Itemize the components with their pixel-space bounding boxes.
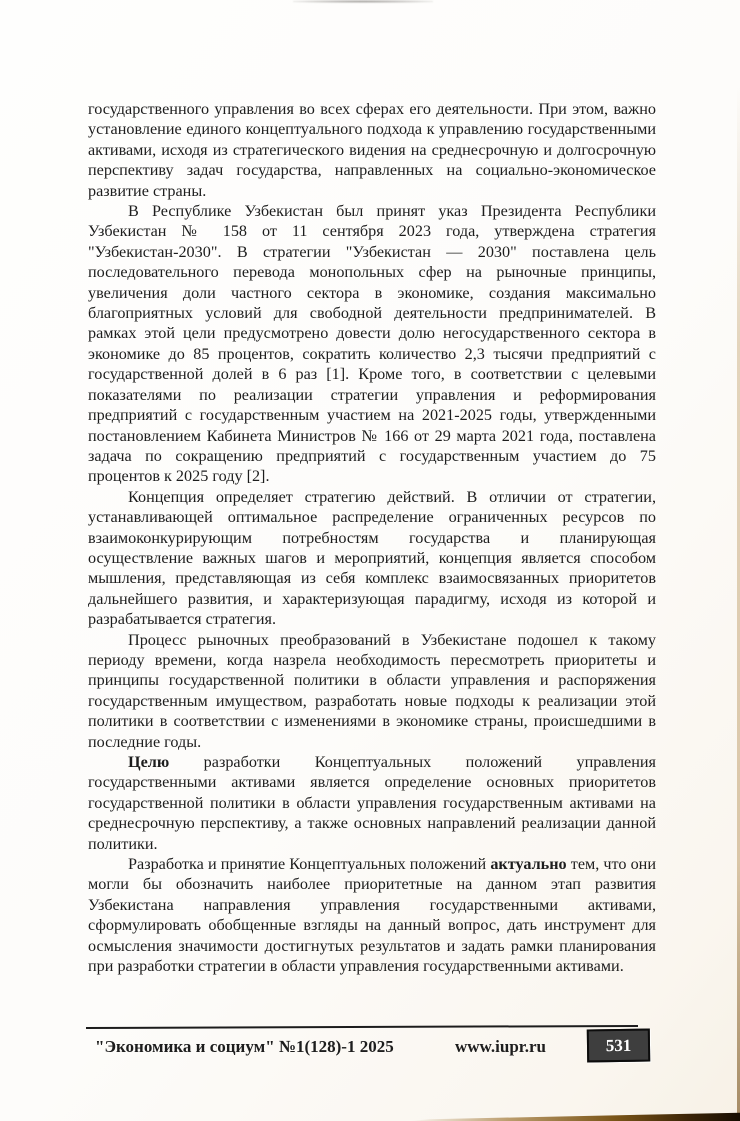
paragraph: Разработка и принятие Концептуальных пол… (88, 854, 656, 976)
text-segment: тем, что они могли бы обозначить наиболе… (88, 855, 656, 975)
scanned-journal-page: государственного управления во всех сфер… (0, 0, 740, 1121)
footer-journal-title: "Экономика и социум" №1(128)-1 2025 (95, 1037, 394, 1057)
page-number-value: 531 (606, 1035, 632, 1055)
text-segment: Процесс рыночных преобразований в Узбеки… (88, 631, 656, 751)
text-segment: государственного управления во всех сфер… (88, 100, 656, 200)
text-segment: Разработка и принятие Концептуальных пол… (128, 855, 490, 873)
scan-top-edge-artifact (293, 0, 433, 3)
scan-bottom-edge-artifact (410, 1112, 740, 1121)
footer-website-url: www.iupr.ru (455, 1037, 546, 1057)
text-segment: Концепция определяет стратегию действий.… (88, 488, 656, 628)
text-segment: разработки Концептуальных положений упра… (88, 753, 656, 853)
paragraph: Концепция определяет стратегию действий.… (88, 487, 656, 630)
paragraph: государственного управления во всех сфер… (88, 99, 656, 201)
footer-divider-rule (86, 1025, 638, 1029)
bold-term: Целю (128, 753, 169, 771)
paragraph: В Республике Узбекистан был принят указ … (88, 201, 656, 487)
paragraph: Целю разработки Концептуальных положений… (88, 752, 656, 854)
article-text: государственного управления во всех сфер… (88, 99, 656, 976)
bold-term: актуально (490, 855, 566, 873)
paragraph: Процесс рыночных преобразований в Узбеки… (88, 630, 656, 752)
text-segment: В Республике Узбекистан был принят указ … (88, 202, 656, 485)
page-number-badge: 531 (587, 1029, 650, 1063)
